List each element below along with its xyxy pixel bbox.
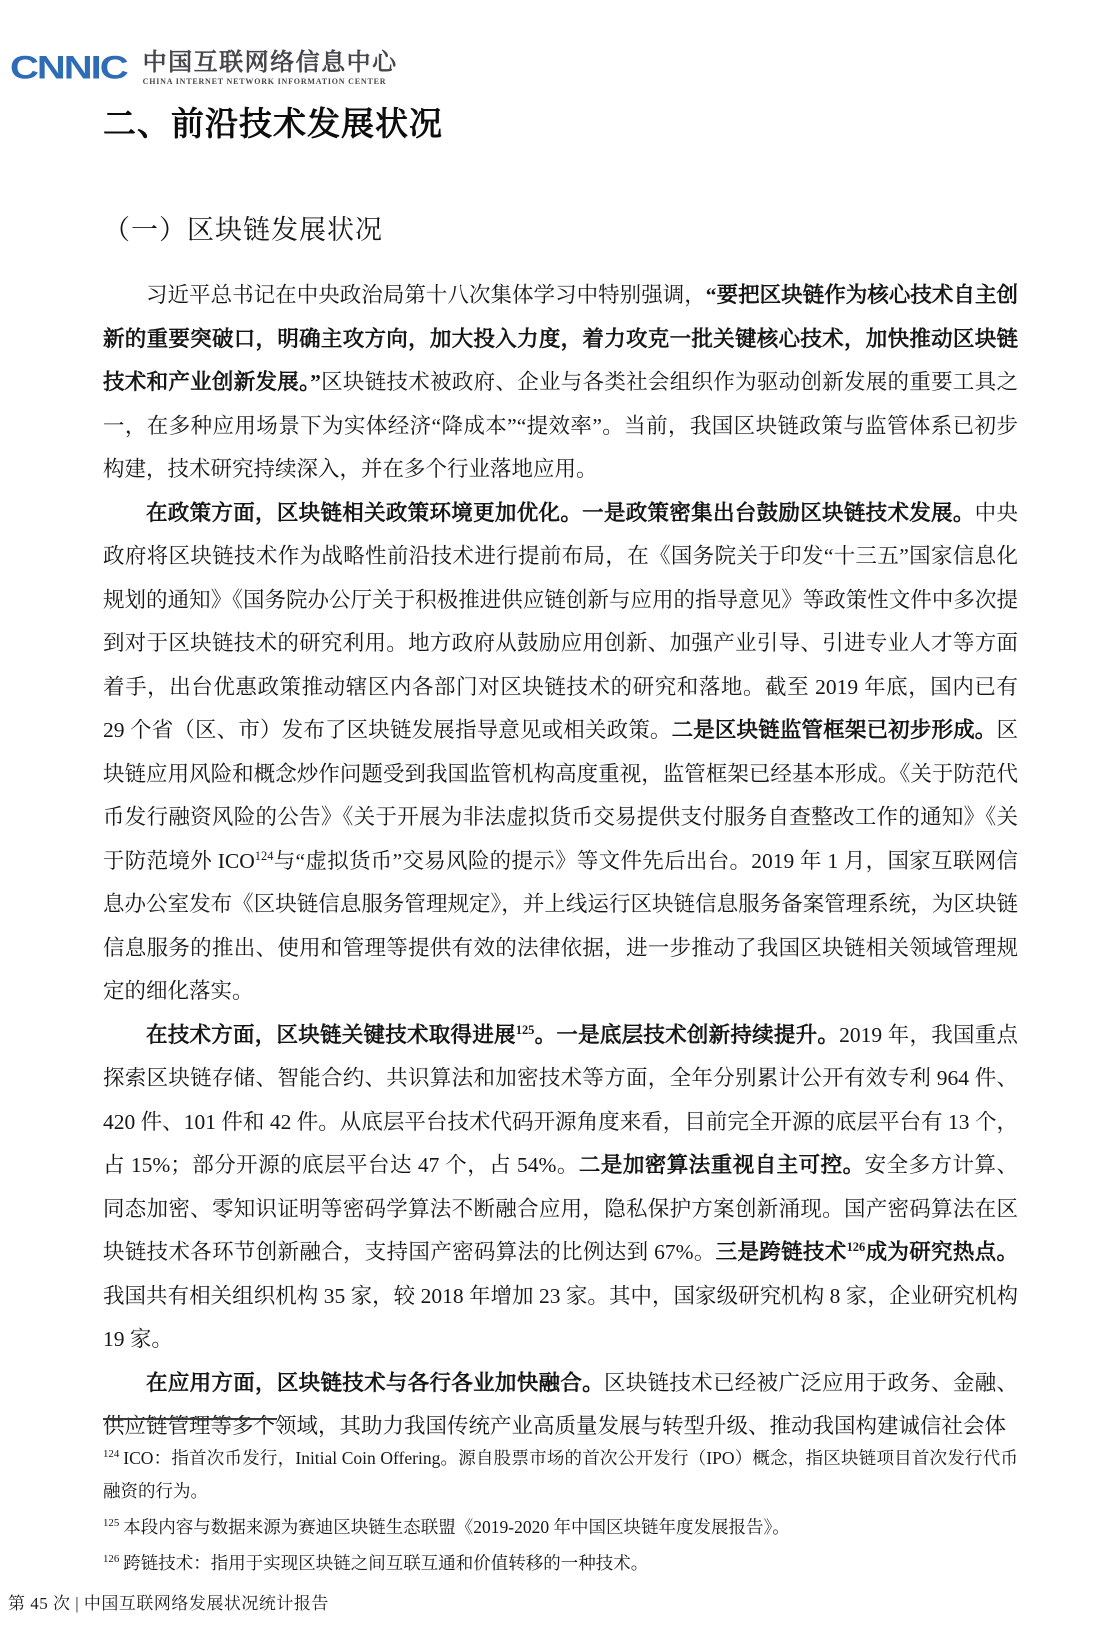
text-run: 二是区块链监管框架已初步形成。	[672, 718, 997, 742]
footnote: 126跨链技术：指用于实现区块链之间互联互通和价值转移的一种技术。	[103, 1547, 1018, 1580]
paragraph: 习近平总书记在中央政治局第十八次集体学习中特别强调，“要把区块链作为核心技术自主…	[103, 274, 1018, 492]
footnote-number: 124	[103, 1448, 119, 1460]
footnote-text: 本段内容与数据来源为赛迪区块链生态联盟《2019-2020 年中国区块链年度发展…	[123, 1517, 789, 1537]
report-page: CNNIC 中国互联网络信息中心 CHINA INTERNET NETWORK …	[0, 0, 1100, 1652]
cnnic-logo-mark: CNNIC	[10, 52, 127, 85]
footnote-ref: 125	[516, 1022, 535, 1036]
page-footer: 第 45 次 | 中国互联网络发展状况统计报告	[8, 1592, 329, 1616]
section-heading: 二、前沿技术发展状况	[103, 100, 1018, 148]
cnnic-logo: CNNIC 中国互联网络信息中心 CHINA INTERNET NETWORK …	[10, 48, 398, 88]
footnote-ref: 124	[255, 848, 274, 862]
text-run: 中央政府将区块链技术作为战略性前沿技术进行提前布局，在《国务院关于印发“十三五”…	[103, 501, 1018, 743]
text-run: 成为研究热点。	[865, 1240, 1018, 1264]
cnnic-logo-name-cn: 中国互联网络信息中心	[143, 51, 398, 75]
text-run: 习近平总书记在中央政治局第十八次集体学习中特别强调，	[146, 283, 706, 307]
footnote-number: 125	[103, 1517, 119, 1529]
footnote: 125本段内容与数据来源为赛迪区块链生态联盟《2019-2020 年中国区块链年…	[103, 1511, 1018, 1544]
paragraph: 在技术方面，区块链关键技术取得进展125。一是底层技术创新持续提升。2019 年…	[103, 1014, 1018, 1362]
text-run: 我国共有相关组织机构 35 家，较 2018 年增加 23 家。其中，国家级研究…	[103, 1284, 1018, 1352]
footnotes-list: 124ICO：指首次币发行，Initial Coin Offering。源自股票…	[103, 1442, 1018, 1583]
footnote-ref: 126	[847, 1240, 866, 1254]
paragraph: 在政策方面，区块链相关政策环境更加优化。一是政策密集出台鼓励区块链技术发展。中央…	[103, 492, 1018, 1014]
main-content: 二、前沿技术发展状况 （一）区块链发展状况 习近平总书记在中央政治局第十八次集体…	[103, 100, 1018, 1449]
cnnic-logo-name-en: CHINA INTERNET NETWORK INFORMATION CENTE…	[143, 78, 398, 86]
subsection-heading: （一）区块链发展状况	[103, 212, 1018, 248]
text-run: 二是加密算法重视自主可控。	[579, 1153, 865, 1177]
text-run: 在政策方面，区块链相关政策环境更加优化。一是政策密集出台鼓励区块链技术发展。	[146, 501, 975, 525]
cnnic-logo-names: 中国互联网络信息中心 CHINA INTERNET NETWORK INFORM…	[143, 51, 398, 86]
body-paragraphs: 习近平总书记在中央政治局第十八次集体学习中特别强调，“要把区块链作为核心技术自主…	[103, 274, 1018, 1449]
footnote-separator	[103, 1418, 277, 1420]
footnote: 124ICO：指首次币发行，Initial Coin Offering。源自股票…	[103, 1442, 1018, 1508]
text-run: 。一是底层技术创新持续提升。	[534, 1023, 839, 1047]
footnote-text: 跨链技术：指用于实现区块链之间互联互通和价值转移的一种技术。	[123, 1553, 648, 1573]
paragraph: 在应用方面，区块链技术与各行各业加快融合。区块链技术已经被广泛应用于政务、金融、…	[103, 1362, 1018, 1449]
footnote-text: ICO：指首次币发行，Initial Coin Offering。源自股票市场的…	[103, 1448, 1018, 1501]
text-run: 三是跨链技术	[716, 1240, 847, 1264]
footnote-number: 126	[103, 1553, 119, 1565]
text-run: 在应用方面，区块链技术与各行各业加快融合。	[146, 1371, 604, 1395]
text-run: 在技术方面，区块链关键技术取得进展	[146, 1023, 516, 1047]
